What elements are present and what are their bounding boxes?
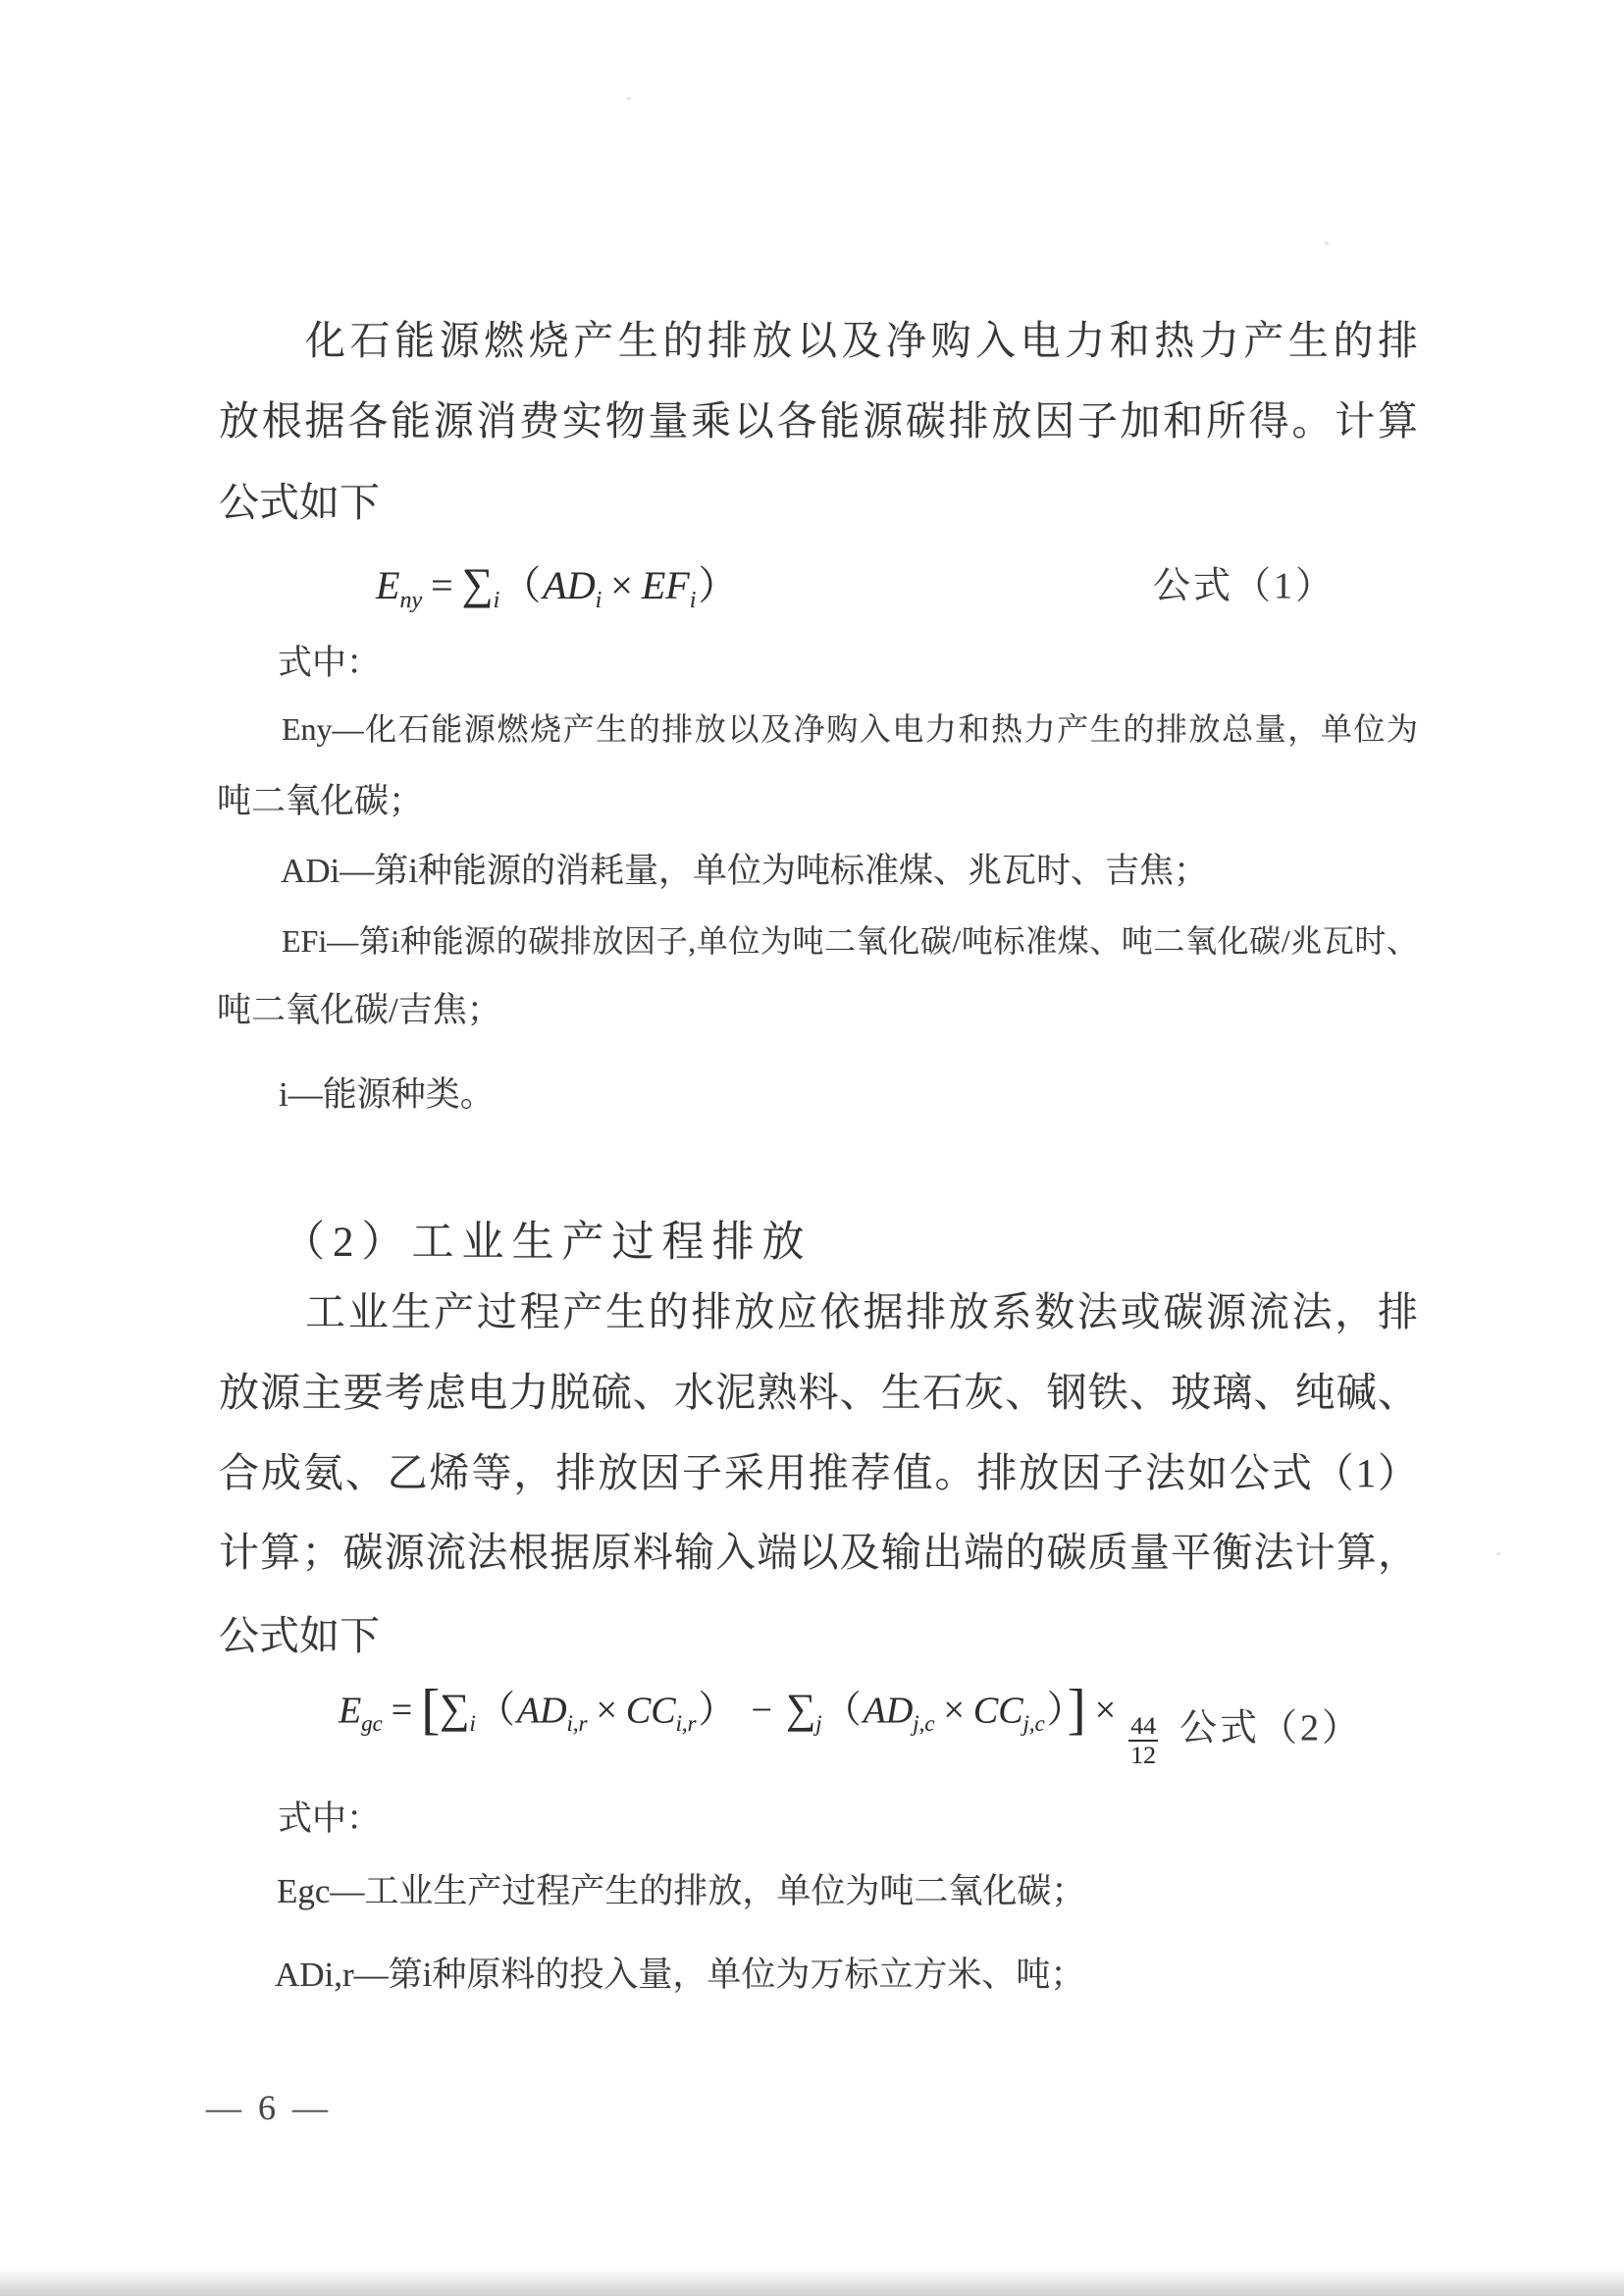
para1-line2: 放根据各能源消费实物量乘以各能源碳排放因子加和所得。计算 [219, 396, 1418, 446]
adir-definition: ADi,r—第i种原料的投入量，单位为万标立方米、吨； [275, 1954, 1084, 1997]
sigma-symbol: ∑ [786, 1686, 815, 1732]
times-symbol: × [1095, 1690, 1116, 1731]
eny-definition-line1: Eny—化石能源燃烧产生的排放以及净购入电力和热力产生的排放总量，单位为 [219, 709, 1418, 749]
document-page: 化石能源燃烧产生的排放以及净购入电力和热力产生的排 放根据各能源消费实物量乘以各… [0, 0, 1624, 2296]
formula-2-where: 式中： [278, 1798, 381, 1841]
scan-speck [1325, 241, 1329, 245]
times-symbol: × [943, 1690, 964, 1731]
page-number: — 6 — [206, 2086, 332, 2130]
para2-line2: 放源主要考虑电力脱硫、水泥熟料、生石灰、钢铁、玻璃、纯碱、 [219, 1368, 1418, 1418]
para2-line5: 公式如下 [219, 1611, 380, 1661]
i-definition: i—能源种类。 [279, 1073, 495, 1117]
section-2-heading: （2）工业生产过程排放 [283, 1217, 812, 1270]
sigma-symbol: ∑ [440, 1686, 469, 1732]
egc-definition: Egc—工业生产过程产生的排放，单位为吨二氧化碳； [277, 1870, 1085, 1913]
para2-line1: 工业生产过程产生的排放应依据排放系数法或碳源流法，排 [219, 1287, 1418, 1337]
formula-2: Egc=[∑i（ADi,r×CCi,r）−∑j（ADj,c×CCj,c）]×44… [219, 1670, 1418, 1778]
formula-1-lhs: E [376, 563, 399, 607]
para1-line3: 公式如下 [219, 478, 380, 528]
fraction-44-12: 4412 [1128, 1712, 1158, 1771]
para2-line4: 计算；碳源流法根据原料输入端以及输出端的碳质量平衡法计算， [219, 1528, 1418, 1578]
times-symbol: × [610, 563, 633, 607]
minus-symbol: − [752, 1690, 772, 1731]
efi-definition-line1: EFi—第i种能源的碳排放因子,单位为吨二氧化碳/吨标准煤、吨二氧化碳/兆瓦时、 [219, 921, 1418, 961]
formula-1-where: 式中： [278, 642, 381, 685]
formula-2-expression: Egc=[∑i（ADi,r×CCi,r）−∑j（ADj,c×CCj,c）]×44… [339, 1678, 1158, 1771]
para2-line3: 合成氨、乙烯等，排放因子采用推荐值。排放因子法如公式（1） [219, 1448, 1418, 1498]
eny-definition-line2: 吨二氧化碳； [217, 780, 423, 823]
formula-1: Eny=∑i（ADi×EFi） 公式（1） [219, 540, 1418, 624]
formula-1-label: 公式（1） [1153, 555, 1336, 609]
formula-2-lhs: E [339, 1690, 361, 1731]
scan-speck [626, 97, 631, 100]
efi-definition-line2: 吨二氧化碳/吉焦； [217, 989, 501, 1032]
times-symbol: × [596, 1690, 616, 1731]
formula-1-expression: Eny=∑i（ADi×EFi） [376, 554, 739, 610]
scan-edge-shadow [0, 2269, 1624, 2296]
sigma-symbol: ∑ [462, 559, 494, 608]
para1-line1: 化石能源燃烧产生的排放以及净购入电力和热力产生的排 [219, 316, 1418, 366]
formula-2-label: 公式（2） [1179, 1697, 1362, 1751]
close-bracket: ] [1068, 1679, 1086, 1741]
scan-speck [1496, 1552, 1500, 1555]
open-bracket: [ [421, 1679, 440, 1741]
adi-definition: ADi—第i种能源的消耗量，单位为吨标准煤、兆瓦时、吉焦； [281, 850, 1208, 893]
